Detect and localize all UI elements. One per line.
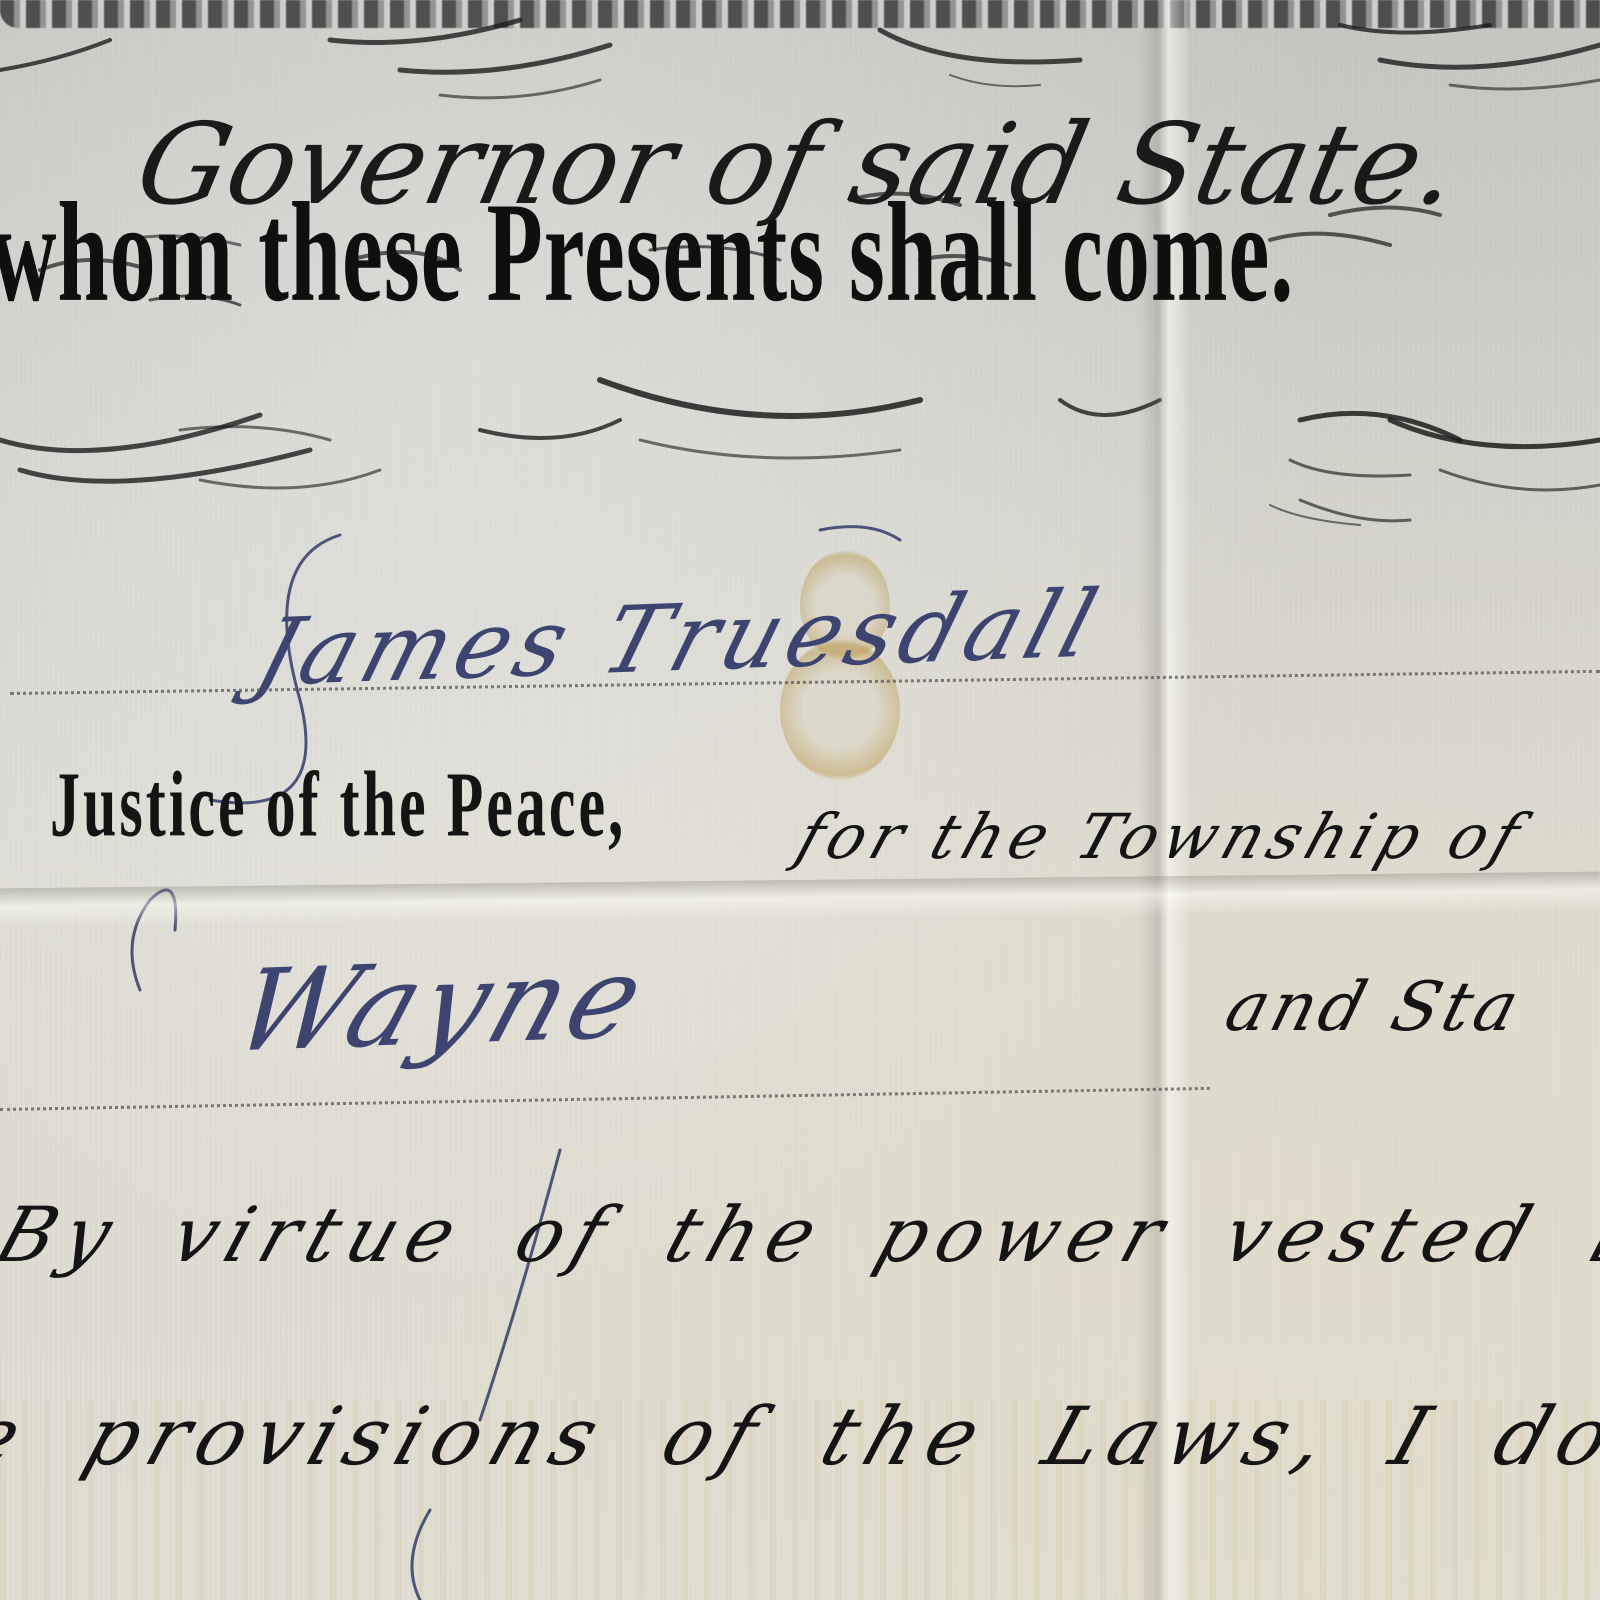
body-line-1: By virtue of the power vested in me by xyxy=(0,1190,1600,1279)
office-title: Justice of the Peace, xyxy=(50,752,626,859)
location-line-script: and Sta xyxy=(1217,968,1530,1047)
township-name: Wayne xyxy=(219,932,665,1078)
office-line-script: for the Township of xyxy=(788,800,1535,873)
ornamental-banner-edge xyxy=(0,0,1600,28)
header-gothic-line: whom these Presents shall come. xyxy=(0,170,1294,334)
body-line-2: e provisions of the Laws, I do hereby xyxy=(0,1390,1600,1483)
